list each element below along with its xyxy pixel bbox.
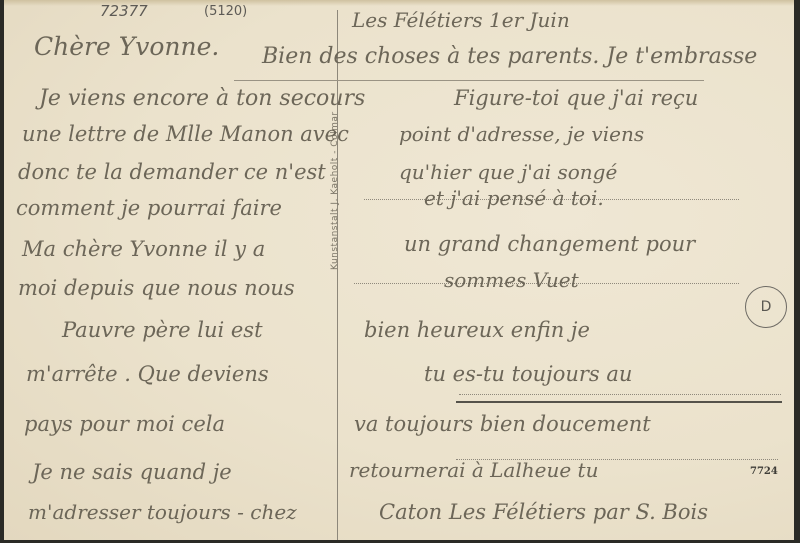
- message-line: Chère Yvonne.: [34, 32, 219, 61]
- message-line-right: Figure-toi que j'ai reçu: [454, 86, 698, 110]
- message-line: m'adresser toujours - chez: [28, 500, 297, 524]
- message-line-right: va toujours bien doucement: [354, 412, 651, 436]
- message-line: Pauvre père lui est: [62, 318, 263, 342]
- message-line: Ma chère Yvonne il y a: [22, 237, 265, 261]
- message-line: m'arrête . Que deviens: [26, 362, 269, 386]
- reference-number: (5120): [204, 4, 247, 19]
- message-line-right: et j'ai pensé à toi.: [424, 186, 604, 210]
- message-line: comment je pourrai faire: [16, 196, 282, 220]
- message-line: pays pour moi cela: [24, 412, 225, 436]
- address-rule-1: [234, 80, 704, 81]
- message-line: une lettre de Mlle Manon avec: [22, 122, 349, 146]
- address-rule-4: [459, 394, 781, 395]
- message-line: Je viens encore à ton secours: [39, 86, 365, 111]
- message-line-right: qu'hier que j'ai songé: [399, 160, 617, 184]
- printed-card-number: 7724: [750, 466, 778, 477]
- stamp-circle-d: D: [745, 286, 787, 328]
- message-line-right: Caton Les Félétiers par S. Bois: [379, 500, 708, 524]
- message-line-right: point d'adresse, je viens: [399, 122, 644, 146]
- stamp-letter: D: [761, 299, 772, 315]
- message-line: moi depuis que nous nous: [18, 276, 295, 300]
- message-line-right: tu es-tu toujours au: [424, 362, 632, 386]
- postcard-back: Kunstanstalt J. Kaeholt - Colmar 72377 (…: [4, 0, 794, 540]
- address-rule-thick: [456, 401, 782, 403]
- message-line-right: sommes Vuet: [444, 268, 579, 292]
- message-line: Je ne sais quand je: [32, 460, 232, 484]
- message-line-right: un grand changement pour: [404, 232, 695, 256]
- message-line-right: bien heureux enfin je: [364, 318, 590, 342]
- message-line-right: Les Félétiers 1er Juin: [352, 8, 570, 32]
- catalog-number: 72377: [100, 2, 148, 20]
- message-line-right: retournerai à Lalheue tu: [349, 458, 598, 482]
- message-line-right: Bien des choses à tes parents. Je t'embr…: [262, 44, 757, 69]
- message-line: donc te la demander ce n'est: [18, 160, 326, 184]
